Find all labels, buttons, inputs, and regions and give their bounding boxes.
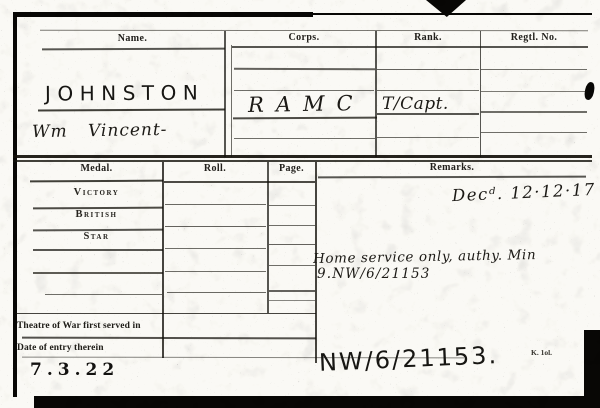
date-stamp: 7.3.22 <box>30 360 119 380</box>
rank-column-header: Rank. <box>376 32 480 43</box>
rule-line <box>481 132 587 133</box>
rule-line <box>16 313 316 315</box>
rule-line <box>13 155 592 158</box>
rule-line <box>377 90 479 91</box>
rule-line <box>377 137 479 138</box>
rule-line <box>164 181 315 183</box>
rule-line <box>234 68 375 70</box>
rule-line <box>481 111 587 113</box>
date-of-entry-label: Date of entry therein <box>17 343 104 353</box>
rule-line <box>234 138 375 139</box>
page-column-header: Page. <box>268 163 315 174</box>
rule-line <box>30 180 163 182</box>
rule-line <box>377 69 479 70</box>
rule-line <box>42 48 225 50</box>
medal-index-card-scan: Name. Corps. Rank. Regtl. No. JOHNSTON W… <box>0 0 600 408</box>
rule-line <box>33 249 163 251</box>
rule-line <box>480 31 482 157</box>
rank-value: T/Capt. <box>382 94 449 114</box>
card-border-top <box>13 12 313 17</box>
rule-line <box>269 265 315 266</box>
rule-line <box>165 226 266 227</box>
rule-line <box>318 176 586 178</box>
forenames-value: Wm Vincent- <box>32 120 168 142</box>
rule-line <box>33 272 163 274</box>
rule-line <box>269 300 315 301</box>
rule-line <box>269 225 315 226</box>
form-code: K. 1ol. <box>531 348 552 357</box>
reference-number: NW/6/21153. <box>318 341 498 377</box>
remarks-home-service-note: Home service only, authy. Min <box>313 247 536 267</box>
rule-line <box>231 45 232 157</box>
medal-row-victory: Victory <box>30 187 163 198</box>
rule-line <box>481 69 587 70</box>
remarks-header: Remarks. <box>318 162 586 173</box>
rule-line <box>269 205 315 206</box>
medal-row-star: Star <box>30 231 163 242</box>
rule-line <box>267 162 269 313</box>
rule-line <box>269 244 315 246</box>
rule-line <box>375 31 377 157</box>
remarks-authority-reference: 9.NW/6/21153 <box>317 266 431 282</box>
rule-line <box>167 292 266 293</box>
remarks-deceased-note: Decᵈ. 12·12·17 <box>452 180 597 205</box>
corps-column-header: Corps. <box>232 32 376 43</box>
rule-line <box>224 31 226 157</box>
rule-line <box>481 91 587 92</box>
rule-line <box>38 108 225 111</box>
rule-line <box>22 336 316 338</box>
regtl-no-column-header: Regtl. No. <box>480 32 588 43</box>
name-column-header: Name. <box>40 33 225 44</box>
corps-value: RAMC <box>248 91 365 117</box>
surname-value: JOHNSTON <box>45 80 204 105</box>
card-border-left <box>13 12 18 397</box>
roll-column-header: Roll. <box>163 163 267 174</box>
medal-row-british: British <box>30 209 163 220</box>
rule-line <box>165 271 266 272</box>
scan-edge-bottom <box>34 396 600 408</box>
rule-line <box>40 29 588 31</box>
medal-column-header: Medal. <box>30 163 163 174</box>
theatre-of-war-label: Theatre of War first served in <box>17 321 141 331</box>
rule-line <box>232 46 588 48</box>
rule-line <box>269 290 315 292</box>
rule-line <box>165 248 266 249</box>
rule-line <box>45 294 162 295</box>
rule-line <box>233 117 377 120</box>
rule-line <box>165 204 266 205</box>
